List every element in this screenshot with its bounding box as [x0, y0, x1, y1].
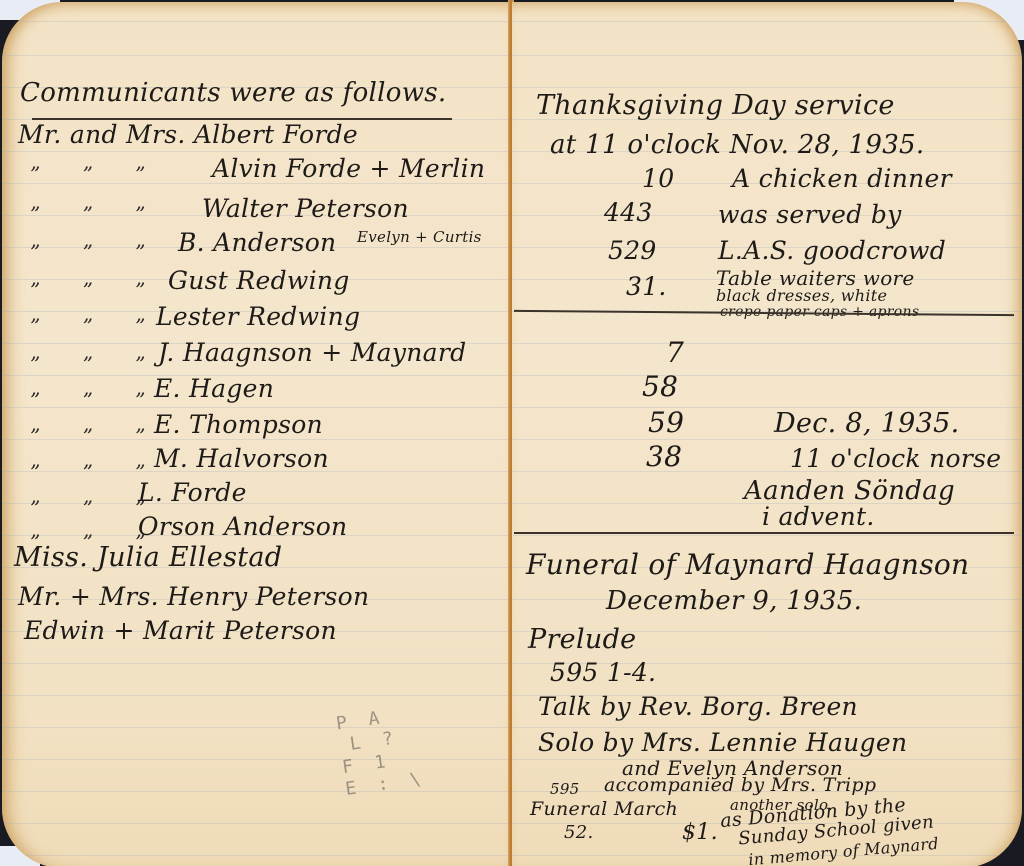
- funeral-title: Funeral of Maynard Haagnson: [526, 548, 969, 581]
- notebook-spread: Communicants were as follows. Mr. and Mr…: [0, 0, 1024, 866]
- accompanied-line: accompanied by Mrs. Tripp: [604, 774, 876, 796]
- thanksgiving-date: at 11 o'clock Nov. 28, 1935.: [550, 130, 924, 160]
- ditto-marks: ” ” ”: [30, 278, 163, 302]
- hymn-number: 7: [666, 336, 684, 369]
- hymn-number: 38: [646, 440, 682, 473]
- hymn-number: 10: [642, 164, 674, 193]
- solo-line: Solo by Mrs. Lennie Haugen: [538, 728, 907, 757]
- communicant-entry: Alvin Forde + Merlin: [212, 154, 485, 183]
- hymn-number: 52.: [564, 822, 594, 843]
- communicant-entry: Mr. + Mrs. Henry Peterson: [18, 582, 369, 611]
- funeral-date: December 9, 1935.: [606, 586, 862, 616]
- thanksgiving-note: A chicken dinner: [732, 164, 952, 193]
- thanksgiving-title: Thanksgiving Day service: [536, 90, 895, 121]
- hymn-number: 58: [642, 370, 678, 403]
- communicant-entry: J. Haagnson + Maynard: [158, 338, 466, 367]
- communicant-entry: L. Forde: [138, 478, 247, 507]
- ditto-marks: ” ” ”: [30, 202, 163, 226]
- advent-date: Dec. 8, 1935.: [774, 408, 959, 439]
- hymn-number: 31.: [626, 272, 667, 301]
- section-divider: [514, 532, 1014, 534]
- communicant-entry: E. Hagen: [154, 374, 274, 403]
- ditto-marks: ” ” ”: [30, 162, 163, 186]
- communicant-annotation: Evelyn + Curtis: [357, 228, 482, 246]
- thanksgiving-note: black dresses, white: [716, 286, 887, 305]
- communicant-entry: Walter Peterson: [202, 194, 409, 223]
- thanksgiving-note: was served by: [718, 200, 902, 229]
- hymn-number: 529: [608, 236, 657, 265]
- ditto-marks: ” ” ”: [30, 314, 163, 338]
- communicant-entry: Edwin + Marit Peterson: [24, 616, 337, 645]
- left-page: Communicants were as follows. Mr. and Mr…: [2, 2, 510, 866]
- advent-time: 11 o'clock norse: [790, 444, 1001, 473]
- faint-pencil-marks: P A L ? F 1 E : \: [335, 701, 439, 822]
- ditto-marks: ” ” ”: [30, 352, 163, 376]
- communicant-entry: E. Thompson: [154, 410, 323, 439]
- hymn-number: 59: [648, 406, 684, 439]
- communicant-entry: B. Anderson: [178, 228, 336, 257]
- hymn-number: 443: [604, 198, 653, 227]
- communicant-entry: Orson Anderson: [138, 512, 347, 541]
- communicants-heading: Communicants were as follows.: [20, 78, 446, 108]
- thanksgiving-note: L.A.S. goodcrowd: [718, 236, 946, 265]
- donation-amount: $1.: [682, 820, 718, 845]
- hymn-number: 595: [550, 780, 580, 798]
- communicant-entry: Miss. Julia Ellestad: [14, 542, 282, 573]
- right-page: Thanksgiving Day service at 11 o'clock N…: [512, 2, 1022, 866]
- funeral-march-line: Funeral March: [530, 798, 678, 820]
- communicant-entry: Gust Redwing: [168, 266, 350, 295]
- ditto-marks: ” ” ”: [30, 240, 163, 264]
- advent-title: i advent.: [762, 502, 875, 531]
- prelude-hymn: 595 1-4.: [550, 658, 656, 687]
- communicant-entry: Lester Redwing: [156, 302, 360, 331]
- communicant-entry: Mr. and Mrs. Albert Forde: [18, 120, 358, 149]
- talk-line: Talk by Rev. Borg. Breen: [538, 692, 858, 721]
- ditto-marks: ” ” ”: [30, 424, 163, 448]
- ditto-marks: ” ” ”: [30, 388, 163, 412]
- prelude-label: Prelude: [528, 624, 636, 655]
- communicant-entry: M. Halvorson: [154, 444, 329, 473]
